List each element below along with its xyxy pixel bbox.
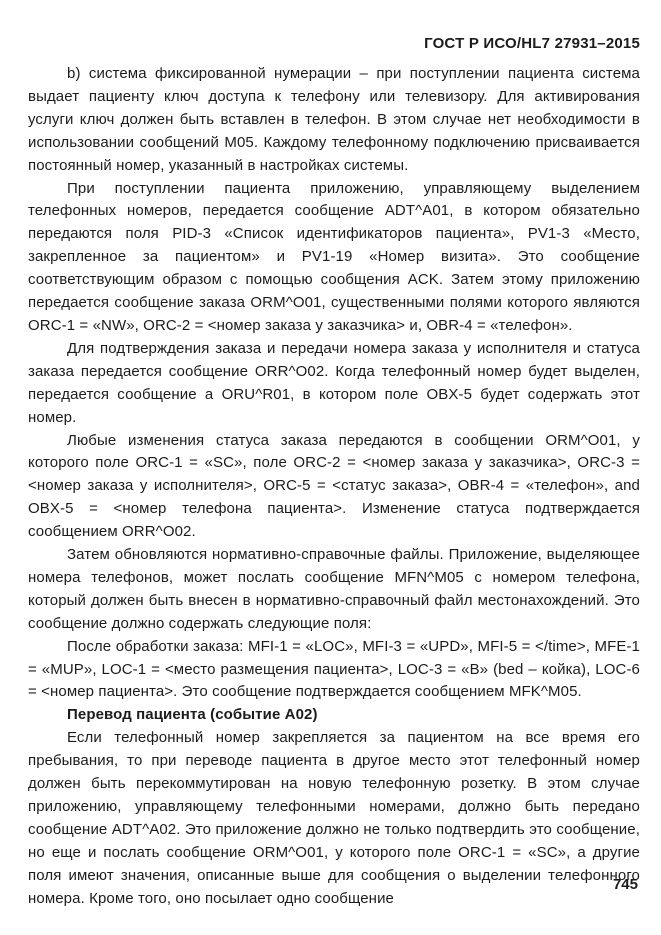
paragraph: Для подтверждения заказа и передачи номе… — [28, 338, 640, 430]
paragraph: Любые изменения статуса заказа передаютс… — [28, 430, 640, 545]
document-page: ГОСТ Р ИСО/HL7 27931–2015 b) система фик… — [0, 0, 661, 935]
paragraph: b) система фиксированной нумерации – при… — [28, 63, 640, 178]
paragraph: При поступлении пациента приложению, упр… — [28, 178, 640, 338]
page-number: 745 — [613, 876, 638, 893]
section-heading: Перевод пациента (событие A02) — [28, 704, 640, 727]
paragraph: Затем обновляются нормативно-справочные … — [28, 544, 640, 636]
paragraph: Если телефонный номер закрепляется за па… — [28, 727, 640, 910]
paragraph: После обработки заказа: MFI-1 = «LOC», M… — [28, 636, 640, 705]
document-body: b) система фиксированной нумерации – при… — [28, 63, 640, 911]
document-header: ГОСТ Р ИСО/HL7 27931–2015 — [28, 36, 640, 52]
